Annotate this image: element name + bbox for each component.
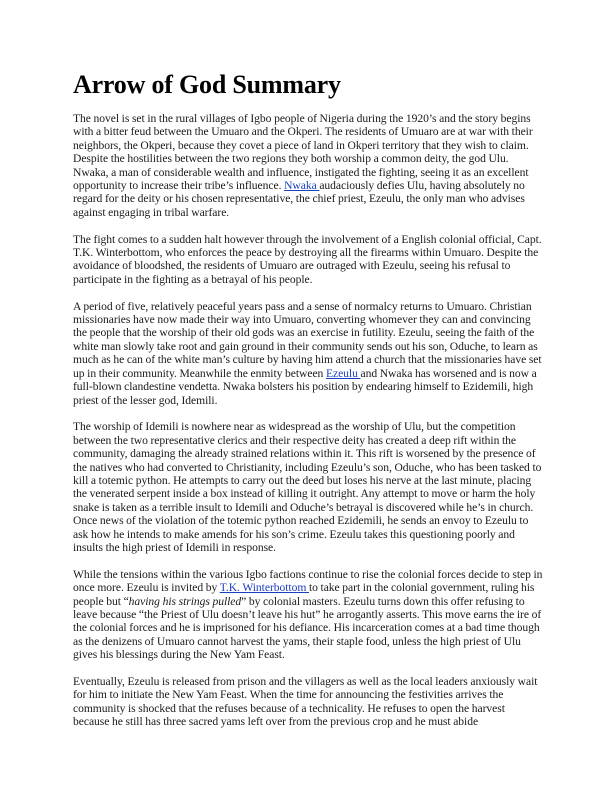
paragraph-2: The fight comes to a sudden halt however… — [73, 233, 543, 287]
paragraph-5: While the tensions within the various Ig… — [73, 568, 543, 662]
paragraph-4: The worship of Idemili is nowhere near a… — [73, 420, 543, 554]
paragraph-1: The novel is set in the rural villages o… — [73, 112, 543, 219]
page-title: Arrow of God Summary — [73, 70, 543, 100]
link-ezeulu[interactable]: Ezeulu — [326, 367, 361, 380]
document-page: Arrow of God Summary The novel is set in… — [73, 70, 543, 742]
link-nwaka[interactable]: Nwaka — [284, 179, 319, 192]
paragraph-text: The worship of Idemili is nowhere near a… — [73, 420, 541, 554]
paragraph-6: Eventually, Ezeulu is released from pris… — [73, 675, 543, 729]
paragraph-text: Eventually, Ezeulu is released from pris… — [73, 675, 537, 728]
emphasized-quote: having his strings pulled — [129, 595, 241, 608]
paragraph-text: The fight comes to a sudden halt however… — [73, 233, 542, 286]
paragraph-3: A period of five, relatively peaceful ye… — [73, 300, 543, 407]
link-tk-winterbottom[interactable]: T.K. Winterbottom — [220, 581, 309, 594]
